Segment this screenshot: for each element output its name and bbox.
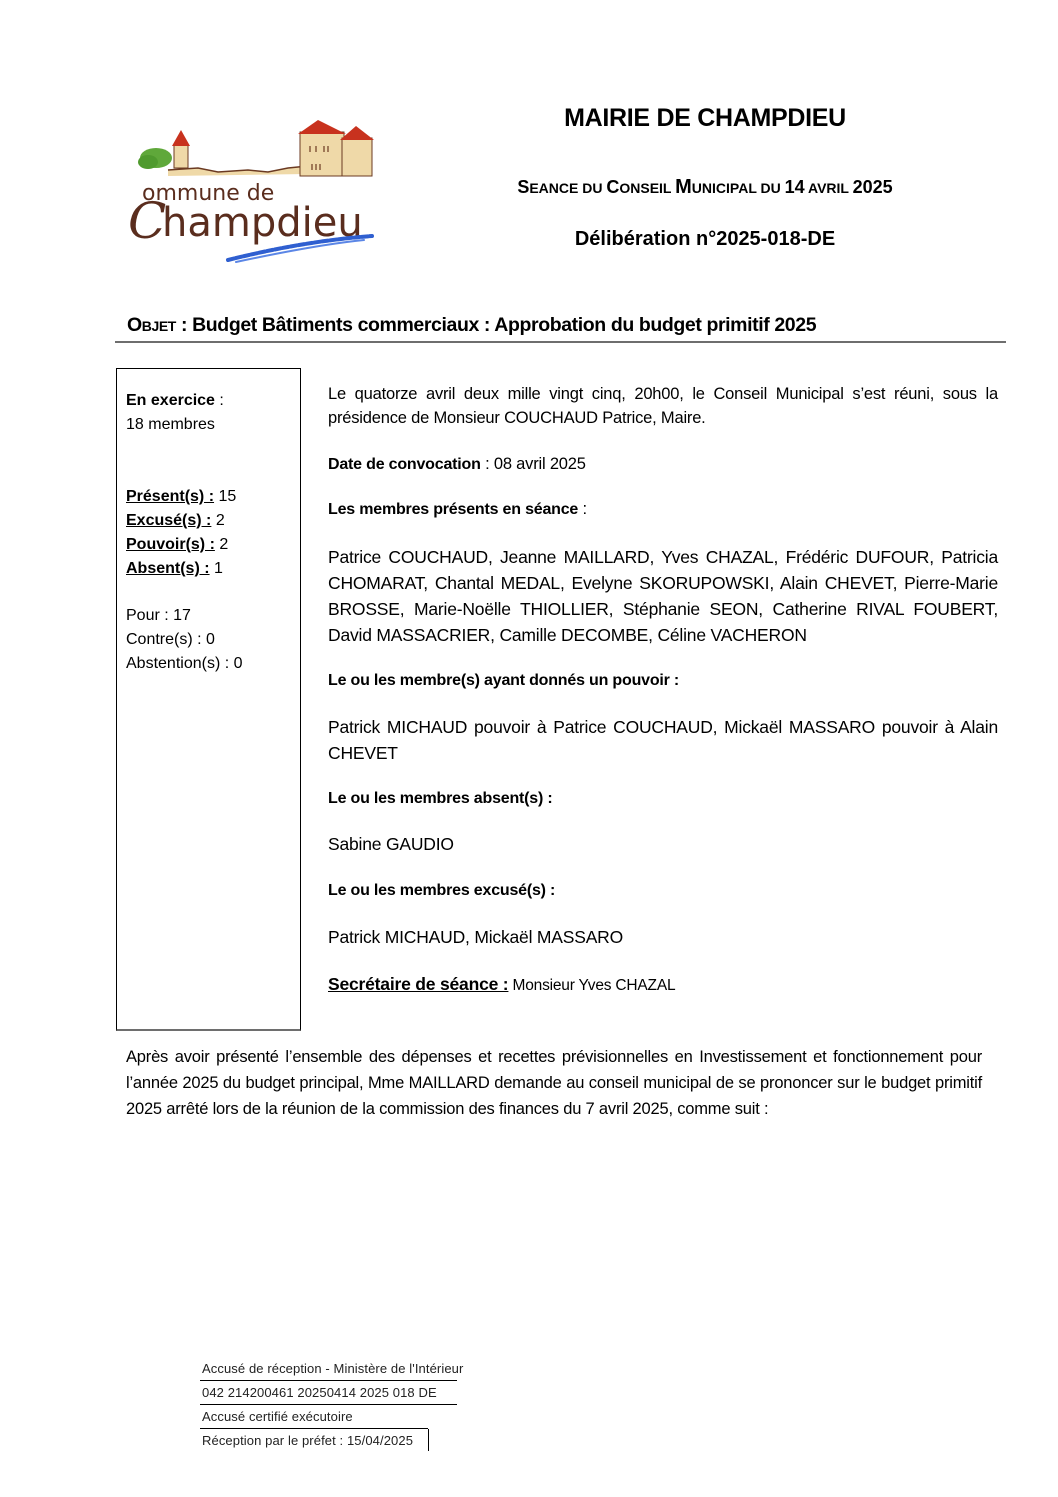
- document-page: ommune de C hampdieu MAIRIE DE CHAMPDIEU…: [0, 0, 1058, 1497]
- presents-count: Présent(s) : 15: [126, 485, 236, 509]
- stamp-line-1: Accusé de réception - Ministère de l'Int…: [202, 1361, 463, 1376]
- vote-pour: Pour : 17: [126, 604, 191, 628]
- absents-list: Sabine GAUDIO: [328, 832, 998, 856]
- intro-text: Le quatorze avril deux mille vingt cinq,…: [328, 382, 998, 430]
- svg-text:C: C: [128, 192, 166, 250]
- vote-contre: Contre(s) : 0: [126, 628, 215, 652]
- absents-heading: Le ou les membres absent(s) :: [328, 786, 998, 811]
- commune-logo: ommune de C hampdieu: [128, 112, 380, 268]
- summary-box: [116, 368, 301, 1031]
- stamp-line-3: Accusé certifié exécutoire: [202, 1409, 353, 1424]
- excuses-heading: Le ou les membres excusé(s) :: [328, 878, 998, 903]
- en-exercice-value: 18 membres: [126, 413, 215, 437]
- objet-label: Objet: [127, 314, 176, 336]
- excuses-count: Excusé(s) : 2: [126, 509, 225, 533]
- seance-title: SEANCE DU CONSEIL MUNICIPAL DU 14 AVRIL …: [470, 176, 940, 199]
- mairie-title: MAIRIE DE CHAMPDIEU: [470, 104, 940, 133]
- absents-count: Absent(s) : 1: [126, 557, 223, 581]
- pouvoir-list: Patrick MICHAUD pouvoir à Patrice COUCHA…: [328, 714, 998, 766]
- vote-abstention: Abstention(s) : 0: [126, 652, 243, 676]
- stamp-line-2: 042 214200461 20250414 2025 018 DE: [202, 1385, 437, 1400]
- stamp-line-4: Réception par le préfet : 15/04/2025: [202, 1433, 413, 1448]
- objet-text: Budget Bâtiments commerciaux : Approbati…: [192, 314, 816, 336]
- excuses-list: Patrick MICHAUD, Mickaël MASSARO: [328, 925, 998, 949]
- pouvoir-heading: Le ou les membre(s) ayant donnés un pouv…: [328, 668, 998, 693]
- champdieu-village-icon: ommune de C hampdieu: [128, 112, 380, 268]
- en-exercice: En exercice :: [126, 389, 224, 413]
- budget-paragraph: Après avoir présenté l’ensemble des dépe…: [126, 1044, 982, 1122]
- stamp-divider-1: [200, 1380, 457, 1381]
- objet-line: Objet : Budget Bâtiments commerciaux : A…: [127, 314, 816, 337]
- stamp-border: [428, 1429, 429, 1451]
- stamp-divider-3: [200, 1428, 428, 1429]
- pouvoirs-count: Pouvoir(s) : 2: [126, 533, 228, 557]
- convocation-date: Date de convocation : 08 avril 2025: [328, 452, 998, 477]
- presents-list: Patrice COUCHAUD, Jeanne MAILLARD, Yves …: [328, 544, 998, 648]
- stamp-divider-2: [200, 1404, 457, 1405]
- presents-heading: Les membres présents en séance :: [328, 497, 998, 522]
- deliberation-number: Délibération n°2025-018-DE: [470, 228, 940, 251]
- objet-divider: [115, 341, 1006, 343]
- secretaire-seance: Secrétaire de séance : Monsieur Yves CHA…: [328, 972, 998, 998]
